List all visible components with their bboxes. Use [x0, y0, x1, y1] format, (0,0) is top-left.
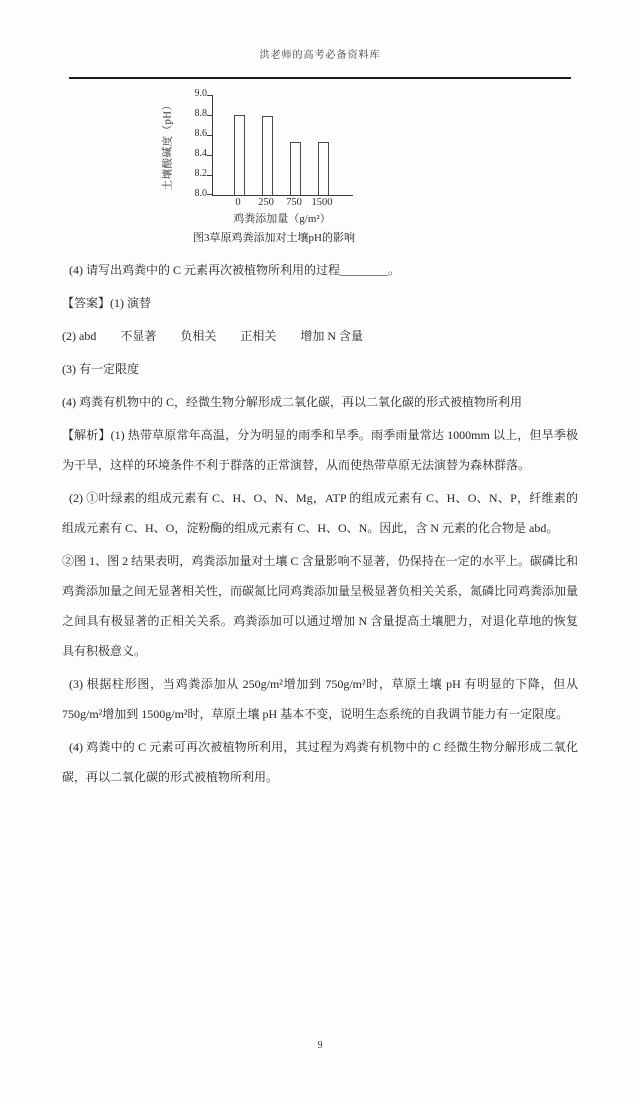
- chart-bar: [234, 115, 245, 195]
- paragraph: (4) 鸡粪有机物中的 C，经微生物分解形成二氧化碳，再以二氧化碳的形式被植物所…: [62, 387, 578, 417]
- paragraph: 【解析】(1) 热带草原常年高温，分为明显的雨季和旱季。雨季雨量常达 1000m…: [62, 420, 578, 480]
- chart-y-ticks: 9.08.88.68.48.28.0: [176, 95, 212, 195]
- paragraph: 【答案】(1) 演替: [62, 288, 578, 318]
- y-tick-mark: [207, 115, 212, 116]
- y-tick-mark: [207, 135, 212, 136]
- chart-plot-row: 土壤酸碱度（pH） 9.08.88.68.48.28.0: [158, 95, 388, 196]
- chart-caption: 图3草原鸡粪添加对土壤pH的影响: [172, 229, 376, 245]
- chart-plot-area: [212, 95, 353, 196]
- y-tick-label: 9.0: [195, 89, 208, 99]
- y-tick-mark: [207, 175, 212, 176]
- x-tick-label: 1500: [305, 197, 339, 208]
- y-tick-label: 8.2: [195, 169, 208, 179]
- chart-y-axis-title-text: 土壤酸碱度（pH）: [160, 100, 175, 191]
- y-tick-label: 8.8: [195, 109, 208, 119]
- paragraph: ②图 1、图 2 结果表明，鸡粪添加量对土壤 C 含量影响不显著，仍保持在一定的…: [62, 546, 578, 666]
- chart-bar: [290, 142, 301, 195]
- header-divider: [69, 77, 571, 79]
- page-number: 9: [0, 1040, 640, 1051]
- document-page: 洪老师的高考必备资料库 土壤酸碱度（pH） 9.08.88.68.48.28.0…: [0, 0, 640, 1097]
- paragraph: (3) 根据柱形图，当鸡粪添加从 250g/m²增加到 750g/m²时，草原土…: [62, 669, 578, 729]
- paragraph: (3) 有一定限度: [62, 354, 578, 384]
- y-tick-label: 8.6: [195, 129, 208, 139]
- paragraph: (2) ①叶绿素的组成元素有 C、H、O、N、Mg，ATP 的组成元素有 C、H…: [62, 483, 578, 543]
- y-tick-label: 8.0: [195, 189, 208, 199]
- y-tick-label: 8.4: [195, 149, 208, 159]
- y-tick-mark: [207, 95, 212, 96]
- header-title: 洪老师的高考必备资料库: [0, 0, 640, 61]
- paragraph: (4) 请写出鸡粪中的 C 元素再次被植物所利用的过程________。: [62, 255, 578, 285]
- chart-bar: [318, 142, 329, 195]
- chart-x-axis-title: 鸡粪添加量（g/m²）: [212, 210, 352, 226]
- y-tick-mark: [207, 194, 212, 195]
- chart-x-ticks: 02507501500: [212, 196, 352, 210]
- bar-chart-figure: 土壤酸碱度（pH） 9.08.88.68.48.28.0 02507501500…: [158, 95, 388, 245]
- y-tick-mark: [207, 155, 212, 156]
- chart-y-axis-title: 土壤酸碱度（pH）: [158, 95, 176, 195]
- paragraph: (4) 鸡粪中的 C 元素可再次被植物所利用，其过程为鸡粪有机物中的 C 经微生…: [62, 732, 578, 792]
- chart-bar: [262, 116, 273, 195]
- document-body: (4) 请写出鸡粪中的 C 元素再次被植物所利用的过程________。【答案】…: [62, 255, 578, 792]
- paragraph: (2) abd 不显著 负相关 正相关 增加 N 含量: [62, 321, 578, 351]
